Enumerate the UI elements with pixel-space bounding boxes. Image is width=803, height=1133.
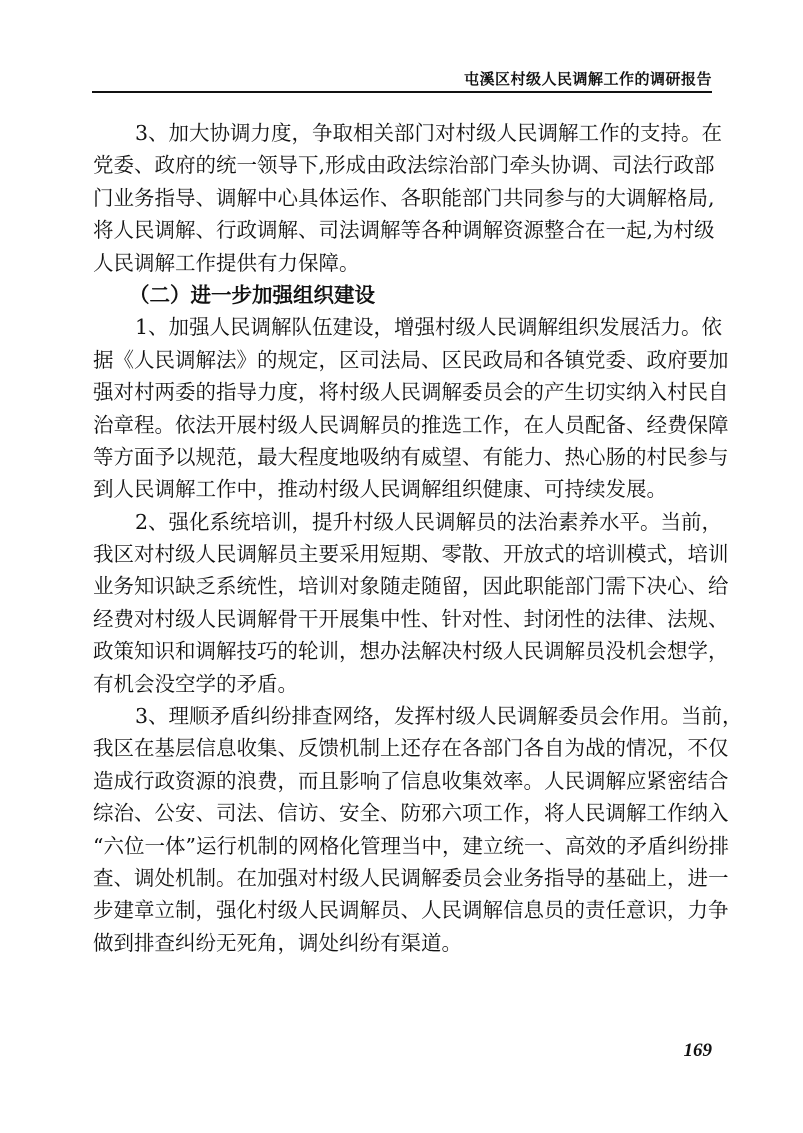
text-line: 将人民调解、行政调解、司法调解等各种调解资源整合在一起,为村级: [93, 214, 713, 246]
text-line: 业务知识缺乏系统性，培训对象随走随留，因此职能部门需下决心、给: [93, 570, 713, 602]
text-line: 治章程。依法开展村级人民调解员的推选工作，在人员配备、经费保障: [93, 409, 713, 441]
text-line: 查、调处机制。在加强对村级人民调解委员会业务指导的基础上，进一: [93, 862, 713, 894]
text-line: 2、强化系统培训，提升村级人民调解员的法治素养水平。当前，: [93, 506, 713, 538]
text-line: 有机会没空学的矛盾。: [93, 668, 713, 700]
text-line: 3、理顺矛盾纠纷排查网络，发挥村级人民调解委员会作用。当前，: [93, 700, 713, 732]
header-rule: [92, 91, 712, 93]
text-line: 造成行政资源的浪费，而且影响了信息收集效率。人民调解应紧密结合: [93, 765, 713, 797]
text-line: 据《人民调解法》的规定，区司法局、区民政局和各镇党委、政府要加: [93, 344, 713, 376]
text-line: 综治、公安、司法、信访、安全、防邪六项工作，将人民调解工作纳入: [93, 797, 713, 829]
section-heading: （二）进一步加强组织建设: [93, 279, 713, 311]
text-line: “六位一体”运行机制的网格化管理当中，建立统一、高效的矛盾纠纷排: [93, 830, 713, 862]
text-line: 人民调解工作提供有力保障。: [93, 247, 713, 279]
running-head: 屯溪区村级人民调解工作的调研报告: [92, 68, 712, 89]
text-line: 党委、政府的统一领导下,形成由政法综治部门牵头协调、司法行政部: [93, 149, 713, 181]
text-line: 政策知识和调解技巧的轮训，想办法解决村级人民调解员没机会想学，: [93, 635, 713, 667]
text-line: 门业务指导、调解中心具体运作、各职能部门共同参与的大调解格局,: [93, 182, 713, 214]
text-line: 做到排查纠纷无死角，调处纠纷有渠道。: [93, 927, 713, 959]
text-line: 到人民调解工作中，推动村级人民调解组织健康、可持续发展。: [93, 473, 713, 505]
text-line: 我区对村级人民调解员主要采用短期、零散、开放式的培训模式，培训: [93, 538, 713, 570]
text-line: 强对村两委的指导力度，将村级人民调解委员会的产生切实纳入村民自: [93, 376, 713, 408]
text-line: 3、加大协调力度，争取相关部门对村级人民调解工作的支持。在: [93, 117, 713, 149]
page-number: 169: [680, 1040, 712, 1062]
text-line: 我区在基层信息收集、反馈机制上还存在各部门各自为战的情况，不仅: [93, 732, 713, 764]
body-text: 3、加大协调力度，争取相关部门对村级人民调解工作的支持。在 党委、政府的统一领导…: [93, 117, 713, 959]
text-line: 步建章立制，强化村级人民调解员、人民调解信息员的责任意识，力争: [93, 894, 713, 926]
text-line: 1、加强人民调解队伍建设，增强村级人民调解组织发展活力。依: [93, 311, 713, 343]
text-line: 等方面予以规范，最大程度地吸纳有威望、有能力、热心肠的村民参与: [93, 441, 713, 473]
text-line: 经费对村级人民调解骨干开展集中性、针对性、封闭性的法律、法规、: [93, 603, 713, 635]
